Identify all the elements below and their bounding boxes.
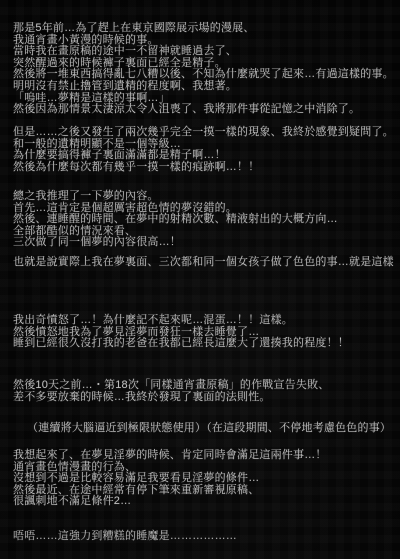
paragraph-discovery: 然後10天之前…・第18次「同樣通宵畫原稿」的作戰宣告失敗、 差不多要放棄的時候… bbox=[13, 380, 394, 403]
text-line: （連續將大腦逼近到極限狀態使用）（在這段期間、不停地考慮色色的事） bbox=[27, 423, 394, 435]
text-line: 我想起來了、在夢見淫夢的時候、肯定同時會滿足這兩件事…！ bbox=[13, 450, 394, 462]
text-line: 睡到已經很久沒打我的老爸在我都已經長這麼大了還揍我的程度！！ bbox=[13, 338, 394, 350]
text-line: 那是5年前…為了趕上在東京國際展示場的漫展、 bbox=[13, 23, 394, 35]
text-line: 唔唔……這強力到糟糕的睡魔是……………… bbox=[13, 531, 394, 543]
scan-page: 那是5年前…為了趕上在東京國際展示場的漫展、 我通宵畫小黃漫的時候的事。 當時我… bbox=[0, 0, 400, 559]
text-line: 三次做了同一個夢的內容很高…！ bbox=[13, 237, 394, 249]
paragraph-intro: 那是5年前…為了趕上在東京國際展示場的漫展、 我通宵畫小黃漫的時候的事。 當時我… bbox=[13, 23, 394, 116]
paragraph-conclusion: 也就是說實際上我在夢裏面、三次都和同一個女孩子做了色色的事…就是這樣 bbox=[13, 257, 394, 269]
text-line: 總之我推理了一下夢的內容。 bbox=[13, 191, 394, 203]
text-line: 明明沒有禁止擼管到遺精的程度啊、我想著。 bbox=[13, 81, 394, 93]
paragraph-doubt: 但是……之後又發生了兩次幾乎完全一摸一樣的現象、我終於感覺到疑問了。 和一般的遺… bbox=[13, 127, 394, 173]
text-line: 然後10天之前…・第18次「同樣通宵畫原稿」的作戰宣告失敗、 bbox=[13, 380, 394, 392]
paragraph-deduction: 總之我推理了一下夢的內容。 首先…這肯定是個超厲害超色情的夢沒錯的。 然後、連睡… bbox=[13, 191, 394, 249]
text-line: 很諷刺地不滿足條件2… bbox=[13, 496, 394, 508]
paragraph-anger: 我出奇憤怒了…！為什麼記不起來呢…混蛋…！！這樣。 然後憤怒地我為了夢見淫夢而發… bbox=[13, 315, 394, 350]
text-line: 但是……之後又發生了兩次幾乎完全一摸一樣的現象、我終於感覺到疑問了。 bbox=[13, 127, 394, 139]
text-line: 也就是說實際上我在夢裏面、三次都和同一個女孩子做了色色的事…就是這樣 bbox=[13, 257, 394, 269]
paragraph-conditions: （連續將大腦逼近到極限狀態使用）（在這段期間、不停地考慮色色的事） bbox=[27, 423, 394, 435]
text-line: 然後因為那情景太淒涼太令人沮喪了、我將那件事從記憶之中消除了。 bbox=[13, 104, 394, 116]
text-line: 差不多要放棄的時候…我終於發現了裏面的法則性。 bbox=[13, 392, 394, 404]
paragraph-closing: 唔唔……這強力到糟糕的睡魔是……………… bbox=[13, 531, 394, 543]
paragraph-realization: 我想起來了、在夢見淫夢的時候、肯定同時會滿足這兩件事…！ 通宵畫色情漫畫的行為、… bbox=[13, 450, 394, 508]
text-line: 我出奇憤怒了…！為什麼記不起來呢…混蛋…！！這樣。 bbox=[13, 315, 394, 327]
text-line: 然後為什麼每次都有幾乎一摸一樣的痕跡啊…！！ bbox=[13, 162, 394, 174]
